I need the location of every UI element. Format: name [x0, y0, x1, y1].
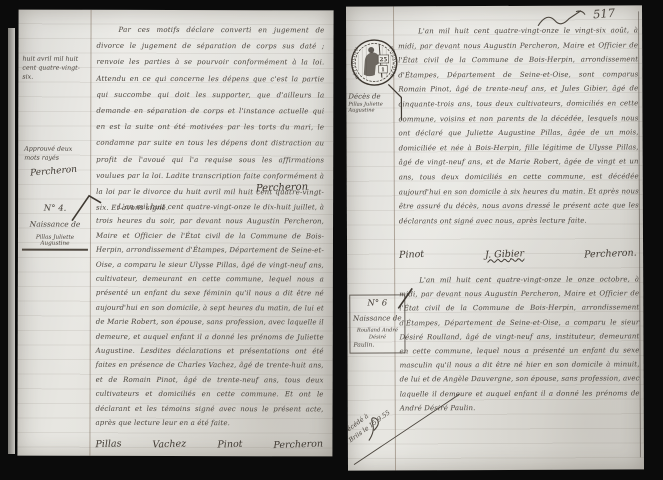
stamp-value-secondary: 1: [381, 67, 385, 73]
register-scan: huit avril mil huit cent quatre-vingt-si…: [0, 0, 663, 480]
act6-type: Naissance de: [351, 313, 403, 322]
death-act-5-signatures: Pinot J. Gibier Percheron.: [399, 248, 637, 260]
left-page: huit avril mil huit cent quatre-vingt-si…: [17, 10, 333, 457]
act6-name-suite: Paulin.: [351, 341, 403, 348]
signature-vachez: Vachez: [153, 438, 187, 450]
margin-approval-note: Approuvé deux mots rayés: [24, 146, 86, 164]
stamp-value: 25: [380, 57, 388, 63]
margin-date-note: huit avril mil huit cent quatre-vingt-si…: [22, 56, 86, 83]
act5-margin-label: Décès de Pillas Juliette Augustine: [348, 92, 398, 113]
renvoi-mark-icon: [395, 286, 415, 310]
right-page: 517 25 1: [346, 5, 644, 470]
act6-name: Roulland André Désiré: [351, 327, 403, 340]
birth-act-4-paragraph: L'an mil huit cent quatre-vingt-onze le …: [95, 200, 324, 431]
paraph-icon: [369, 418, 379, 441]
page-number: 517: [593, 6, 616, 22]
diagonal-strike-line: [348, 384, 468, 471]
death-act-5-paragraph: L'an mil huit cent quatre-vingt-onze le …: [398, 23, 639, 228]
margin-rule: [89, 10, 91, 456]
signature-gibier: J. Gibier: [485, 248, 524, 261]
act4-name: Pillas Juliette Augustine: [22, 235, 88, 251]
signature-pinot: Pinot: [399, 249, 425, 261]
book-page-edge: [8, 28, 15, 454]
signature-percheron: Percheron.: [584, 247, 637, 260]
act5-name: Pillas Juliette Augustine: [348, 101, 398, 113]
signature-pinot: Pinot: [217, 439, 242, 451]
margin-approval-signature: Percheron: [30, 165, 78, 179]
birth-act-4-signatures: Pillas Vachez Pinot Percheron: [95, 439, 323, 451]
signature-percheron: Percheron: [274, 439, 324, 452]
signature-pillas: Pillas: [95, 438, 121, 450]
act5-type: Décès de: [348, 92, 398, 100]
